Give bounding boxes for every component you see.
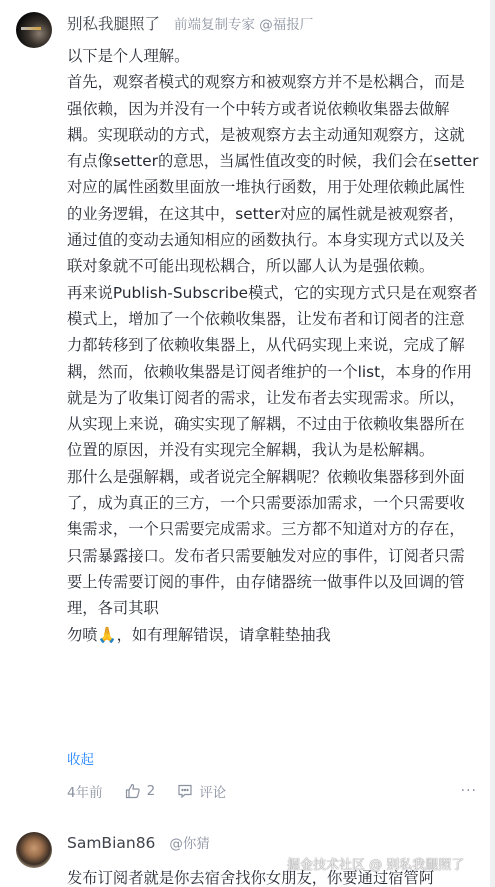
username[interactable]: 别私我腿照了 xyxy=(67,12,160,34)
user-title: @你猜 xyxy=(169,832,210,852)
more-options-button[interactable]: ··· xyxy=(461,783,477,799)
like-count: 2 xyxy=(147,783,156,799)
thumbs-up-icon xyxy=(125,783,141,799)
comment-thread: 别私我腿照了 前端复制专家 @福报厂 以下是个人理解。 首先，观察者模式的观察方… xyxy=(0,0,495,887)
avatar-decoration xyxy=(21,27,41,30)
like-button[interactable]: 2 xyxy=(125,783,156,799)
scrollbar-track[interactable] xyxy=(490,0,495,887)
comment-paragraph: 再来说Publish-Subscribe模式，它的实现方式只是在观察者模式上，增… xyxy=(67,280,479,464)
comment-header: SamBian86 @你猜 xyxy=(67,832,210,852)
avatar[interactable] xyxy=(16,832,52,868)
comment-paragraph: 勿喷🙏，如有理解错误，请拿鞋垫抽我 xyxy=(67,622,479,648)
comment-actions: 4年前 2 评论 ··· xyxy=(67,780,477,802)
timestamp: 4年前 xyxy=(67,781,103,801)
collapse-link[interactable]: 收起 xyxy=(67,748,94,768)
comment-icon xyxy=(177,783,193,799)
reply-label: 评论 xyxy=(199,781,226,801)
comment-header: 别私我腿照了 前端复制专家 @福报厂 xyxy=(67,12,313,34)
comment-paragraph: 以下是个人理解。 xyxy=(67,43,479,69)
user-title: 前端复制专家 @福报厂 xyxy=(174,13,313,33)
watermark: 掘金技术社区 @ 别私我腿照了 xyxy=(287,854,464,873)
username[interactable]: SamBian86 xyxy=(67,834,155,852)
comment-paragraph: 首先，观察者模式的观察方和被观察方并不是松耦合，而是强依赖，因为并没有一个中转方… xyxy=(67,69,479,279)
comment-content: 以下是个人理解。 首先，观察者模式的观察方和被观察方并不是松耦合，而是强依赖，因… xyxy=(67,43,479,648)
reply-button[interactable]: 评论 xyxy=(177,781,226,801)
avatar[interactable] xyxy=(16,12,52,48)
comment-paragraph: 那什么是强解耦，或者说完全解耦呢？依赖收集器移到外面了，成为真正的三方，一个只需… xyxy=(67,464,479,622)
